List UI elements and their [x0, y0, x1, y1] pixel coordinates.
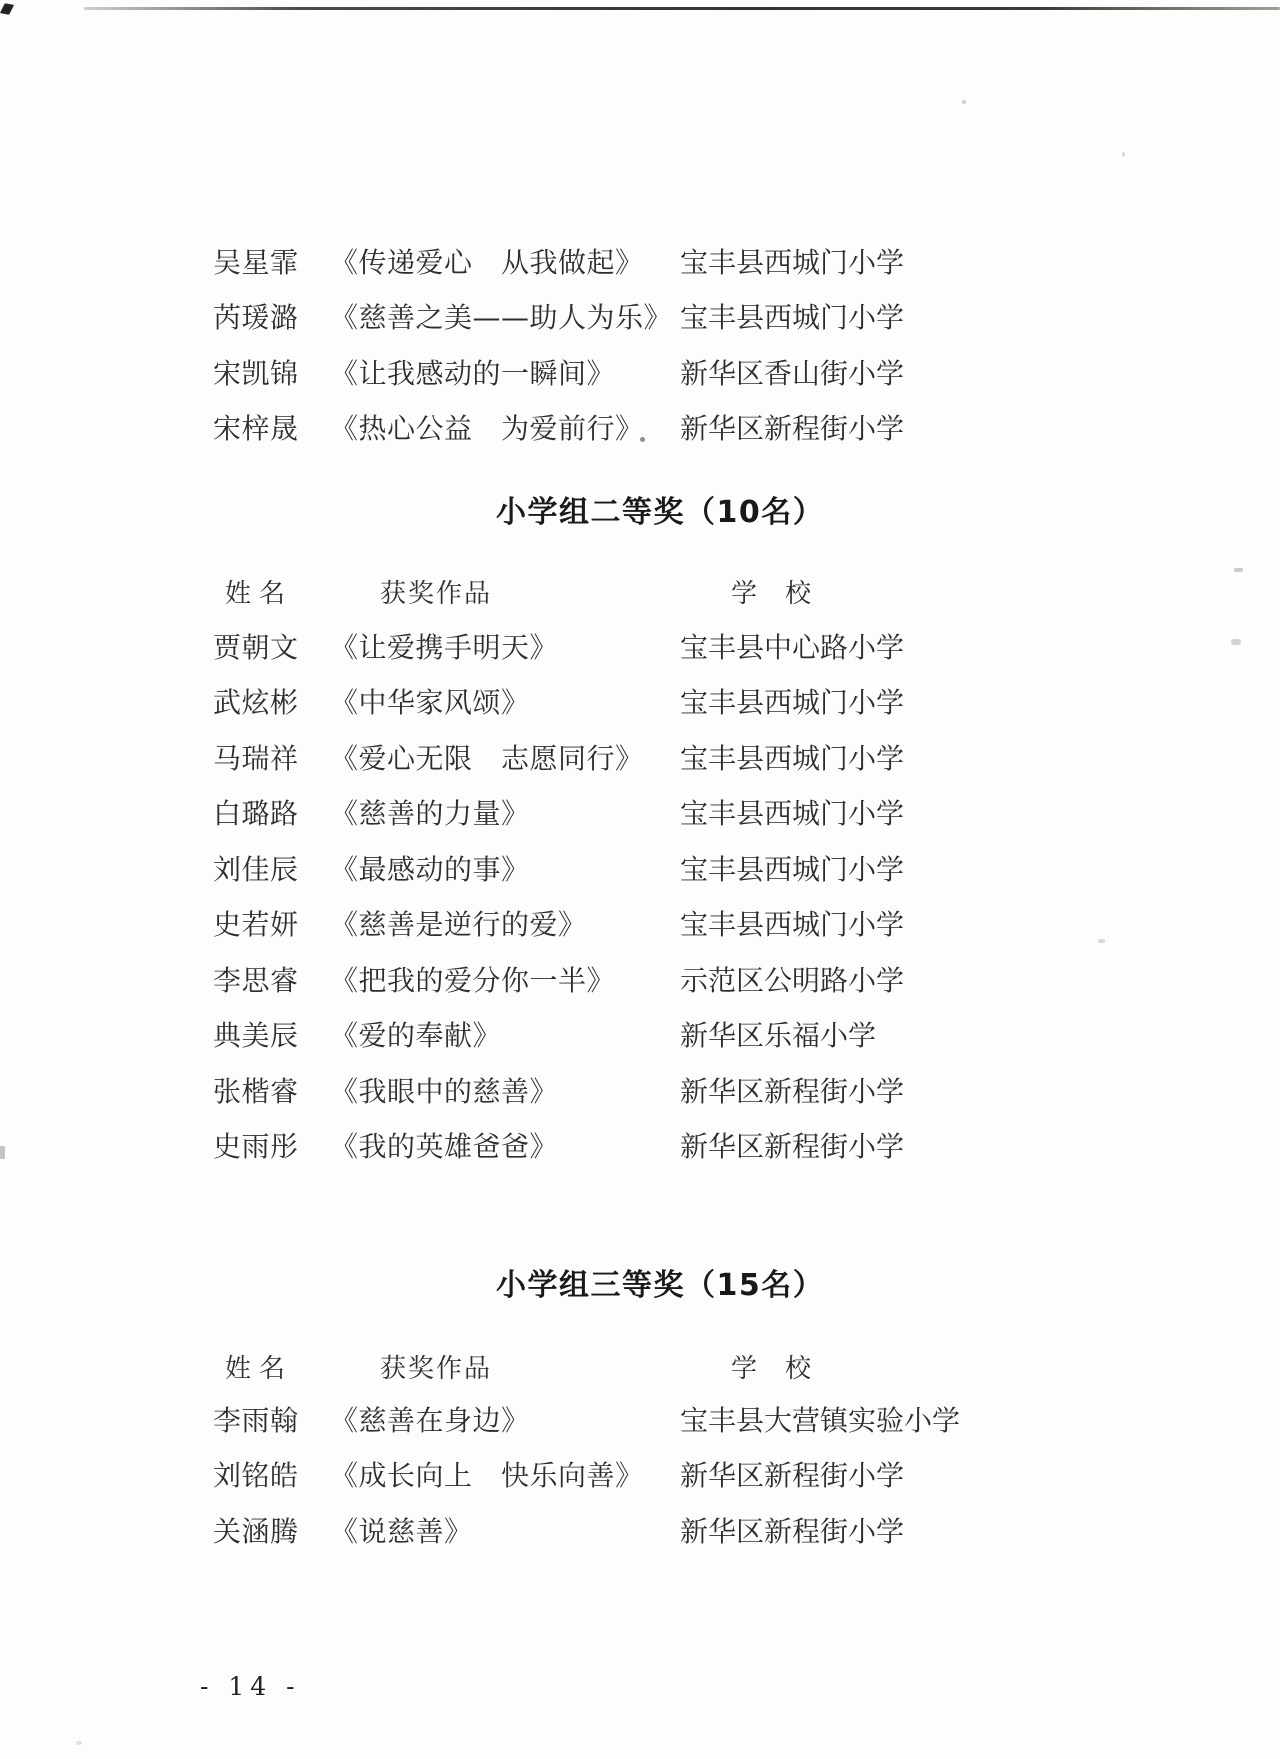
- school-name: 宝丰县西城门小学: [680, 241, 1240, 281]
- table-row: 贾朝文 《让爱携手明天》 宝丰县中心路小学: [213, 618, 1240, 674]
- work-title: 《我的英雄爸爸》: [330, 1125, 680, 1165]
- page-number: - 14 -: [200, 1672, 301, 1701]
- column-header-name: 姓名: [213, 1348, 330, 1385]
- school-name: 宝丰县中心路小学: [680, 626, 1240, 666]
- table-row: 刘佳辰 《最感动的事》 宝丰县西城门小学: [213, 840, 1240, 896]
- table-row: 李雨翰 《慈善在身边》 宝丰县大营镇实验小学: [213, 1391, 1240, 1447]
- winner-name: 贾朝文: [213, 626, 330, 666]
- school-name: 新华区新程街小学: [680, 1070, 1240, 1110]
- work-title: 《中华家风颂》: [330, 681, 680, 721]
- scan-artifact-corner-mark: [0, 3, 14, 15]
- school-name: 新华区新程街小学: [680, 407, 1240, 447]
- scan-artifact-speck: [0, 1146, 5, 1159]
- work-title: 《把我的爱分你一半》: [330, 959, 680, 999]
- school-name: 新华区新程街小学: [680, 1125, 1240, 1165]
- winner-name: 芮瑗潞: [213, 296, 330, 336]
- table-row: 典美辰 《爱的奉献》 新华区乐福小学: [213, 1007, 1240, 1063]
- work-title: 《让我感动的一瞬间》: [330, 352, 680, 392]
- work-title: 《慈善的力量》: [330, 792, 680, 832]
- scan-artifact-topline: [84, 7, 1280, 10]
- winner-name: 武炫彬: [213, 681, 330, 721]
- school-name: 宝丰县大营镇实验小学: [680, 1399, 1240, 1439]
- winner-name: 宋凯锦: [213, 352, 330, 392]
- winner-name: 张楷睿: [213, 1070, 330, 1110]
- work-title: 《爱心无限 志愿同行》: [330, 737, 680, 777]
- school-name: 宝丰县西城门小学: [680, 681, 1240, 721]
- school-name: 宝丰县西城门小学: [680, 792, 1240, 832]
- winner-name: 吴星霏: [213, 241, 330, 281]
- school-name: 宝丰县西城门小学: [680, 903, 1240, 943]
- school-name: 新华区新程街小学: [680, 1454, 1240, 1494]
- scan-artifact-speck: [962, 100, 966, 104]
- table-row: 芮瑗潞 《慈善之美——助人为乐》 宝丰县西城门小学: [213, 289, 1240, 345]
- school-name: 新华区新程街小学: [680, 1510, 1240, 1550]
- column-header-school: 学 校: [680, 573, 1240, 610]
- document-page: 吴星霏 《传递爱心 从我做起》 宝丰县西城门小学 芮瑗潞 《慈善之美——助人为乐…: [0, 0, 1280, 1759]
- work-title: 《最感动的事》: [330, 848, 680, 888]
- school-name: 宝丰县西城门小学: [680, 848, 1240, 888]
- work-title: 《慈善是逆行的爱》: [330, 903, 680, 943]
- school-name: 新华区乐福小学: [680, 1014, 1240, 1054]
- section-heading-second-prize: 小学组二等奖（10名）: [496, 487, 824, 531]
- work-title: 《慈善之美——助人为乐》: [330, 296, 680, 336]
- scan-artifact-speck: [1122, 152, 1125, 157]
- table-row: 史雨彤 《我的英雄爸爸》 新华区新程街小学: [213, 1118, 1240, 1174]
- winner-name: 刘佳辰: [213, 848, 330, 888]
- school-name: 示范区公明路小学: [680, 959, 1240, 999]
- table-header: 姓名 获奖作品 学 校: [213, 1348, 1240, 1385]
- scan-artifact-speck: [1234, 568, 1243, 572]
- table-header: 姓名 获奖作品 学 校: [213, 573, 1240, 610]
- table-row: 李思睿 《把我的爱分你一半》 示范区公明路小学: [213, 951, 1240, 1007]
- work-title: 《传递爱心 从我做起》: [330, 241, 680, 281]
- winner-name: 马瑞祥: [213, 737, 330, 777]
- work-title: 《爱的奉献》: [330, 1014, 680, 1054]
- table-row: 吴星霏 《传递爱心 从我做起》 宝丰县西城门小学: [213, 233, 1240, 289]
- award-list-second-prize: 贾朝文 《让爱携手明天》 宝丰县中心路小学 武炫彬 《中华家风颂》 宝丰县西城门…: [213, 618, 1240, 1173]
- table-row: 白璐路 《慈善的力量》 宝丰县西城门小学: [213, 785, 1240, 841]
- winner-name: 李雨翰: [213, 1399, 330, 1439]
- work-title: 《慈善在身边》: [330, 1399, 680, 1439]
- winner-name: 宋梓晟: [213, 407, 330, 447]
- table-row: 刘铭皓 《成长向上 快乐向善》 新华区新程街小学: [213, 1447, 1240, 1503]
- school-name: 宝丰县西城门小学: [680, 296, 1240, 336]
- award-list-continued: 吴星霏 《传递爱心 从我做起》 宝丰县西城门小学 芮瑗潞 《慈善之美——助人为乐…: [213, 233, 1240, 455]
- table-row: 史若妍 《慈善是逆行的爱》 宝丰县西城门小学: [213, 896, 1240, 952]
- column-header-name: 姓名: [213, 573, 330, 610]
- work-title: 《让爱携手明天》: [330, 626, 680, 666]
- winner-name: 典美辰: [213, 1014, 330, 1054]
- column-header-work: 获奖作品: [330, 1348, 680, 1385]
- winner-name: 李思睿: [213, 959, 330, 999]
- school-name: 新华区香山街小学: [680, 352, 1240, 392]
- column-header-work: 获奖作品: [330, 573, 680, 610]
- school-name: 宝丰县西城门小学: [680, 737, 1240, 777]
- table-row: 张楷睿 《我眼中的慈善》 新华区新程街小学: [213, 1062, 1240, 1118]
- work-title: 《成长向上 快乐向善》: [330, 1454, 680, 1494]
- table-row: 关涵腾 《说慈善》 新华区新程街小学: [213, 1502, 1240, 1558]
- award-list-third-prize: 李雨翰 《慈善在身边》 宝丰县大营镇实验小学 刘铭皓 《成长向上 快乐向善》 新…: [213, 1391, 1240, 1558]
- winner-name: 刘铭皓: [213, 1454, 330, 1494]
- table-row: 宋凯锦 《让我感动的一瞬间》 新华区香山街小学: [213, 344, 1240, 400]
- column-header-school: 学 校: [680, 1348, 1240, 1385]
- table-row: 宋梓晟 《热心公益 为爱前行》 新华区新程街小学: [213, 400, 1240, 456]
- winner-name: 关涵腾: [213, 1510, 330, 1550]
- section-heading-third-prize: 小学组三等奖（15名）: [496, 1260, 824, 1304]
- winner-name: 史雨彤: [213, 1125, 330, 1165]
- work-title: 《说慈善》: [330, 1510, 680, 1550]
- work-title: 《我眼中的慈善》: [330, 1070, 680, 1110]
- table-row: 武炫彬 《中华家风颂》 宝丰县西城门小学: [213, 674, 1240, 730]
- work-title: 《热心公益 为爱前行》: [330, 407, 680, 447]
- winner-name: 史若妍: [213, 903, 330, 943]
- scan-artifact-speck: [76, 1741, 82, 1745]
- winner-name: 白璐路: [213, 792, 330, 832]
- table-row: 马瑞祥 《爱心无限 志愿同行》 宝丰县西城门小学: [213, 729, 1240, 785]
